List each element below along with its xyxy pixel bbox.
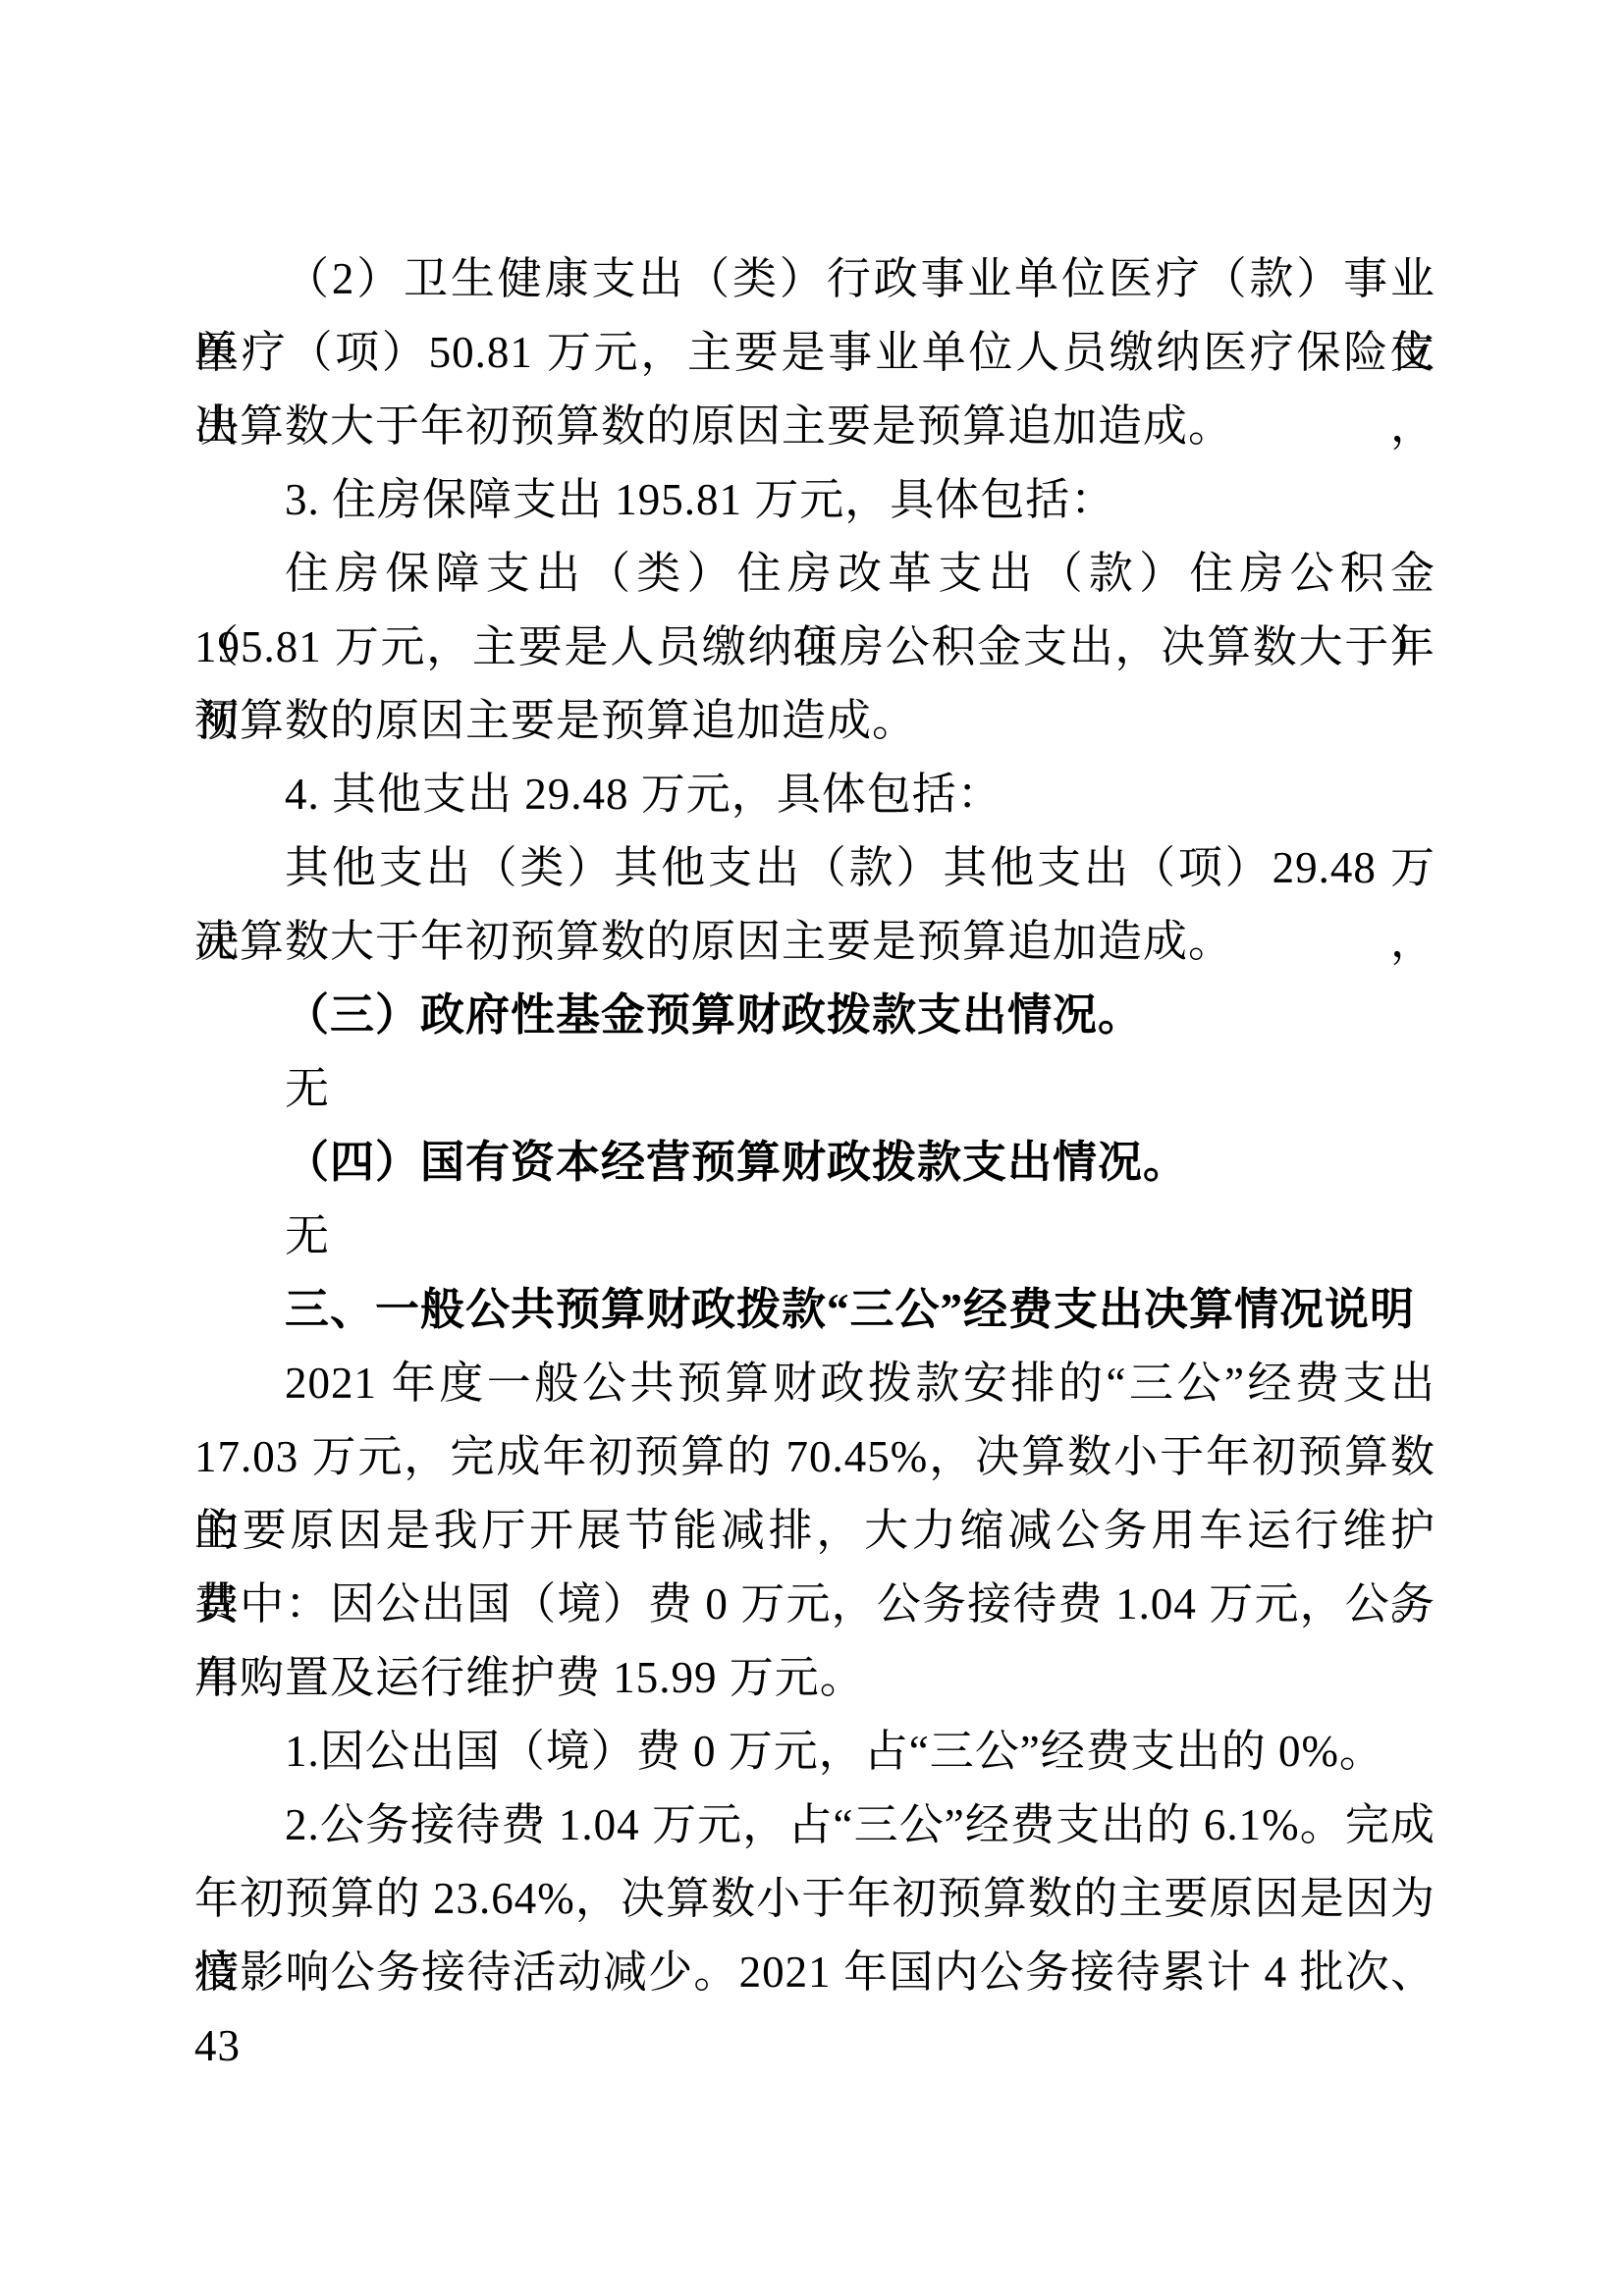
text-line: 其中：因公出国（境）费 0 万元，公务接待费 1.04 万元，公务用: [194, 1568, 1435, 1641]
text-line: 车购置及运行维护费 15.99 万元。: [194, 1641, 1435, 1715]
text-line: （三）政府性基金预算财政拨款支出情况。: [194, 979, 1435, 1052]
text-line: 三、一般公共预算财政拨款“三公”经费支出决算情况说明: [194, 1273, 1435, 1347]
text-line: 17.03 万元，完成年初预算的 70.45%，决算数小于年初预算数的: [194, 1420, 1435, 1494]
document-page: （2）卫生健康支出（类）行政事业单位医疗（款）事业单位医疗（项）50.81 万元…: [0, 0, 1624, 2296]
text-line: 医疗（项）50.81 万元，主要是事业单位人员缴纳医疗保险支出，: [194, 316, 1435, 390]
text-line: 无: [194, 1052, 1435, 1126]
text-line: 3. 住房保障支出 195.81 万元，具体包括：: [194, 463, 1435, 537]
text-line: 195.81 万元，主要是人员缴纳住房公积金支出，决算数大于年初: [194, 611, 1435, 684]
text-line: 主要原因是我厅开展节能减排，大力缩减公务用车运行维护费。: [194, 1494, 1435, 1568]
text-line: 情影响公务接待活动减少。2021 年国内公务接待累计 4 批次、43: [194, 1936, 1435, 2009]
document-content: （2）卫生健康支出（类）行政事业单位医疗（款）事业单位医疗（项）50.81 万元…: [194, 242, 1435, 2009]
text-line: 预算数的原因主要是预算追加造成。: [194, 684, 1435, 758]
text-line: （2）卫生健康支出（类）行政事业单位医疗（款）事业单位: [194, 242, 1435, 316]
text-line: 其他支出（类）其他支出（款）其他支出（项）29.48 万元，: [194, 831, 1435, 905]
text-line: 住房保障支出（类）住房改革支出（款）住房公积金（项）: [194, 537, 1435, 611]
text-line: 4. 其他支出 29.48 万元，具体包括：: [194, 758, 1435, 831]
text-line: 2021 年度一般公共预算财政拨款安排的“三公”经费支出: [194, 1347, 1435, 1420]
text-line: 2.公务接待费 1.04 万元，占“三公”经费支出的 6.1%。完成: [194, 1789, 1435, 1862]
text-line: 年初预算的 23.64%，决算数小于年初预算数的主要原因是因为疫: [194, 1862, 1435, 1936]
text-line: （四）国有资本经营预算财政拨款支出情况。: [194, 1126, 1435, 1200]
text-line: 1.因公出国（境）费 0 万元，占“三公”经费支出的 0%。: [194, 1715, 1435, 1789]
text-line: 无: [194, 1200, 1435, 1273]
